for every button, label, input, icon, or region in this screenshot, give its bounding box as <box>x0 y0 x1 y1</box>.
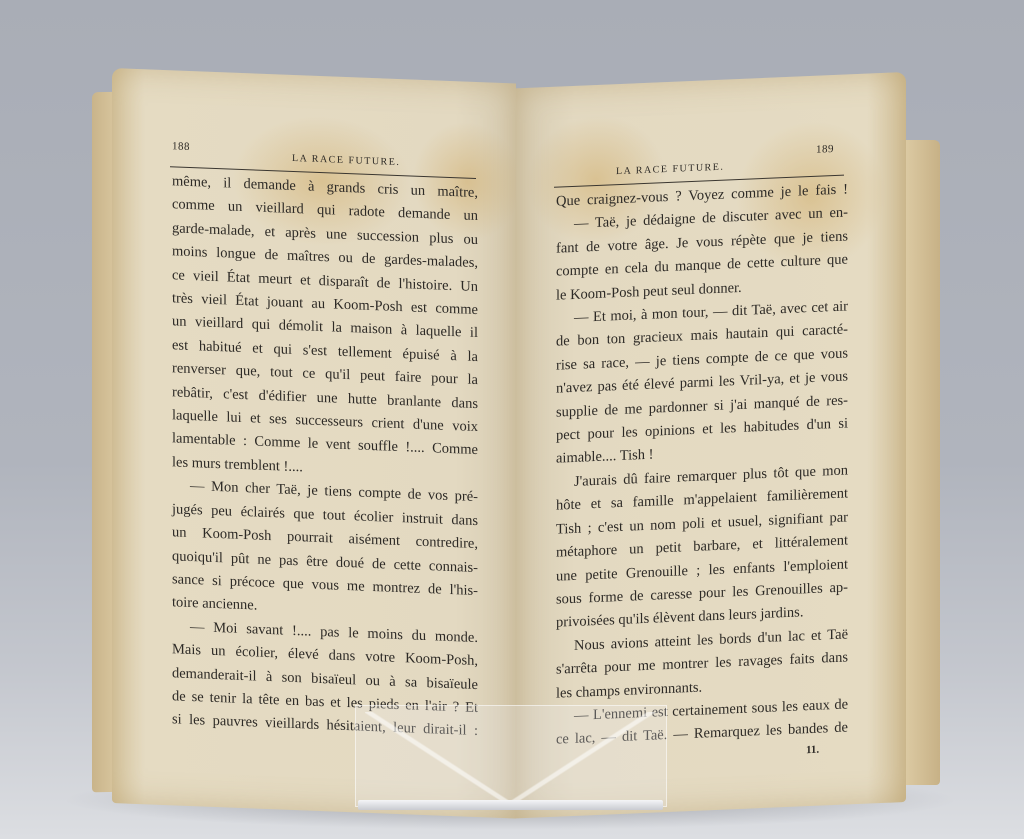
page-number-right: 189 <box>816 143 834 156</box>
signature-mark: 11. <box>806 744 819 757</box>
left-page-text: même, il demande à grands cris un maître… <box>172 170 478 744</box>
right-page-text: Que craignez-vous ? Voyez comme je le fa… <box>556 178 848 752</box>
stand-v-fold <box>365 712 655 802</box>
book-cover-edge-right <box>905 140 940 785</box>
stand-base <box>358 800 663 810</box>
page-number-left: 188 <box>172 140 190 153</box>
